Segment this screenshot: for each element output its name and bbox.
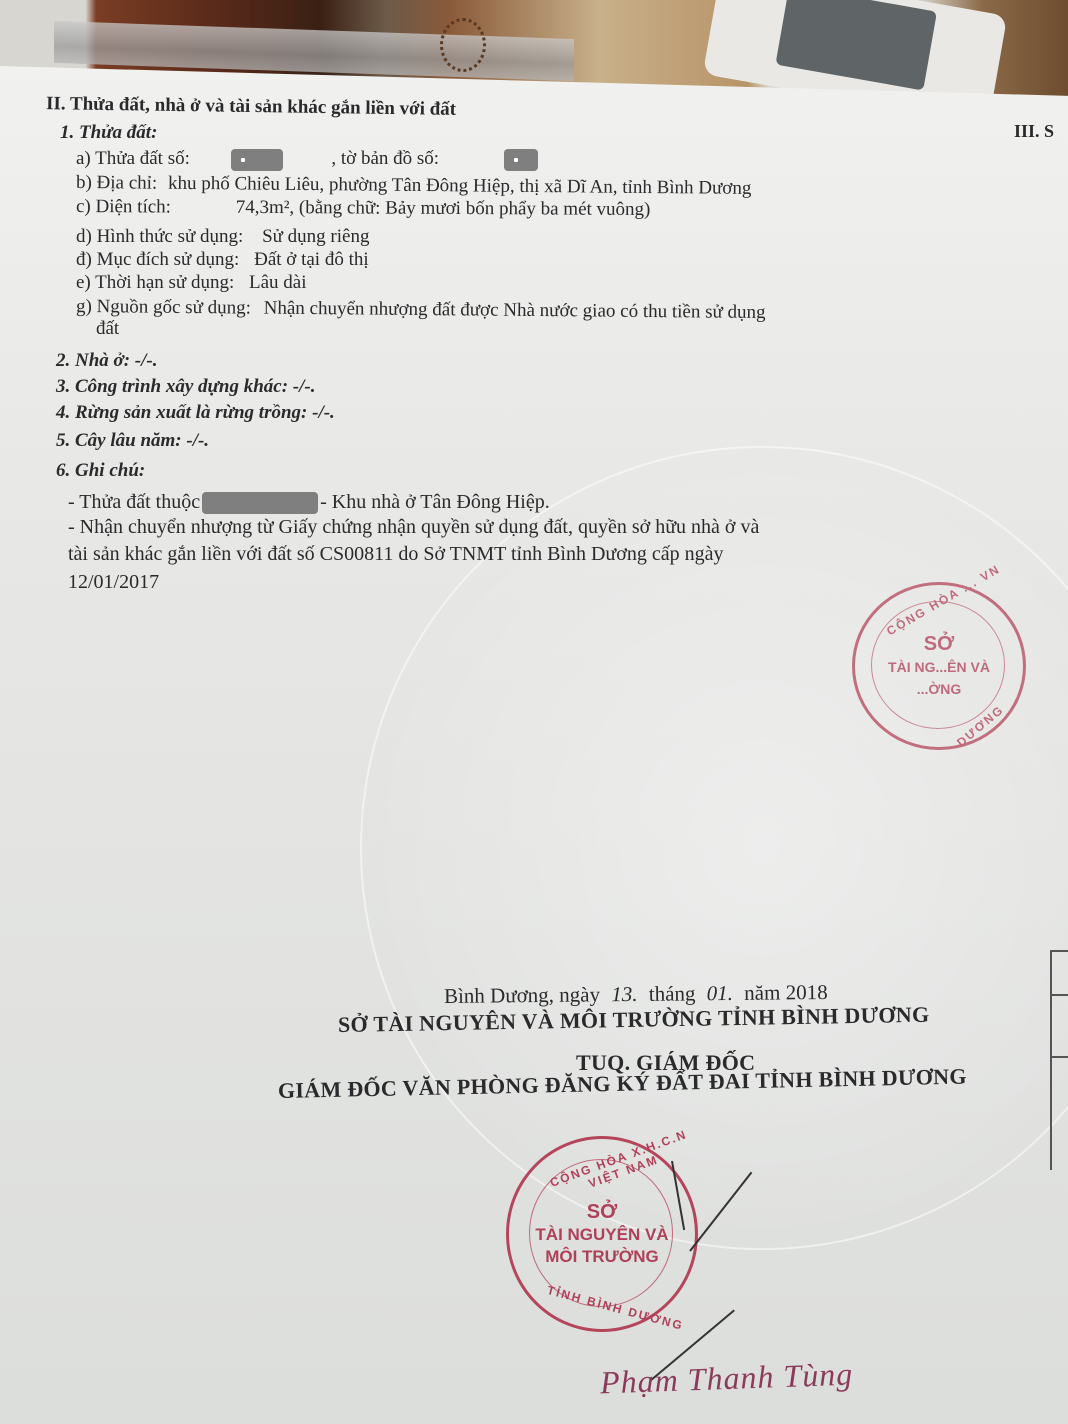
usage-purpose-value: Đất ở tại đô thị	[254, 249, 369, 270]
usage-origin-continued: đất	[96, 318, 119, 340]
place-date: Bình Dương, ngày 13. tháng 01. năm 2018	[444, 981, 828, 1007]
section-ii-title: II. Thửa đất, nhà ở và tài sản khác gắn …	[46, 93, 456, 121]
parcel-number-label: a) Thửa đất số:	[76, 148, 190, 169]
forest-item: 4. Rừng sản xuất là rừng trồng: -/-.	[56, 402, 335, 424]
note-1-suffix: - Khu nhà ở Tân Đông Hiệp.	[320, 491, 550, 513]
usage-form-label: d) Hình thức sử dụng:	[76, 226, 243, 247]
note-2-line-3: 12/01/2017	[68, 571, 159, 593]
month-label: tháng	[649, 981, 696, 1005]
table-row-line	[1052, 1056, 1068, 1058]
faded-seal-stamp: CỘNG HÒA ... VN SỞ TÀI NG...ÊN VÀ ...ỜNG…	[852, 582, 1026, 750]
certificate-content: II. Thửa đất, nhà ở và tài sản khác gắn …	[0, 0, 1068, 1424]
agency-name: SỞ TÀI NGUYÊN VÀ MÔI TRƯỜNG TỈNH BÌNH DƯ…	[338, 1002, 930, 1038]
usage-term-value: Lâu dài	[249, 272, 307, 293]
map-sheet-label: , tờ bản đồ số:	[331, 148, 439, 169]
year-label: năm 2018	[744, 980, 828, 1005]
land-parcel-heading: 1. Thửa đất:	[60, 122, 157, 144]
parcel-number-row: a) Thửa đất số: , tờ bản đồ số:	[76, 148, 538, 171]
seal-inner-ring	[871, 601, 1005, 729]
place-date-prefix: Bình Dương, ngày	[444, 982, 600, 1008]
notes-heading: 6. Ghi chú:	[56, 460, 145, 482]
usage-term-row: e) Thời hạn sử dụng: Lâu dài	[76, 272, 307, 294]
note-2-line-1: - Nhận chuyển nhượng từ Giấy chứng nhận …	[68, 516, 759, 538]
note-1: - Thửa đất thuộc- Khu nhà ở Tân Đông Hiệ…	[68, 491, 550, 514]
usage-origin-label: g) Nguồn gốc sử dụng:	[76, 296, 251, 319]
area-value: 74,3m², (bằng chữ: Bảy mươi bốn phẩy ba …	[236, 197, 651, 220]
usage-origin-row: g) Nguồn gốc sử dụng: Nhận chuyển nhượng…	[76, 296, 766, 324]
map-sheet-redaction	[504, 149, 538, 171]
area-label: c) Diện tích:	[76, 196, 171, 217]
note-2-line-2: tài sản khác gắn liền với đất số CS00811…	[68, 543, 723, 565]
usage-purpose-label: đ) Mục đích sử dụng:	[76, 249, 239, 270]
usage-form-row: d) Hình thức sử dụng: Sử dụng riêng	[76, 226, 369, 248]
note-1-redaction	[202, 492, 318, 514]
signature-stroke	[689, 1172, 752, 1252]
address-label: b) Địa chỉ:	[76, 172, 157, 194]
house-item: 2. Nhà ở: -/-.	[56, 350, 158, 372]
usage-term-label: e) Thời hạn sử dụng:	[76, 272, 234, 293]
parcel-number-redaction	[231, 149, 283, 171]
usage-form-value: Sử dụng riêng	[262, 226, 369, 247]
date-day: 13.	[611, 982, 637, 1006]
usage-purpose-row: đ) Mục đích sử dụng: Đất ở tại đô thị	[76, 249, 369, 271]
address-value: khu phố Chiêu Liêu, phường Tân Đông Hiệp…	[168, 173, 752, 199]
note-1-prefix: - Thửa đất thuộc	[68, 491, 200, 513]
section-iii-table-edge	[1050, 950, 1068, 1170]
other-construction-item: 3. Công trình xây dựng khác: -/-.	[56, 376, 315, 398]
usage-origin-value: Nhận chuyển nhượng đất được Nhà nước gia…	[264, 298, 766, 323]
date-month: 01.	[707, 981, 733, 1005]
section-iii-partial-title: III. S	[1014, 120, 1054, 142]
area-row: c) Diện tích: 74,3m², (bằng chữ: Bảy mươ…	[76, 196, 651, 221]
signer-name: Phạm Thanh Tùng	[599, 1356, 853, 1402]
official-seal-stamp: CỘNG HÒA X.H.C.N VIỆT NAM SỞ TÀI NGUYÊN …	[506, 1136, 698, 1332]
perennial-item: 5. Cây lâu năm: -/-.	[56, 430, 209, 452]
